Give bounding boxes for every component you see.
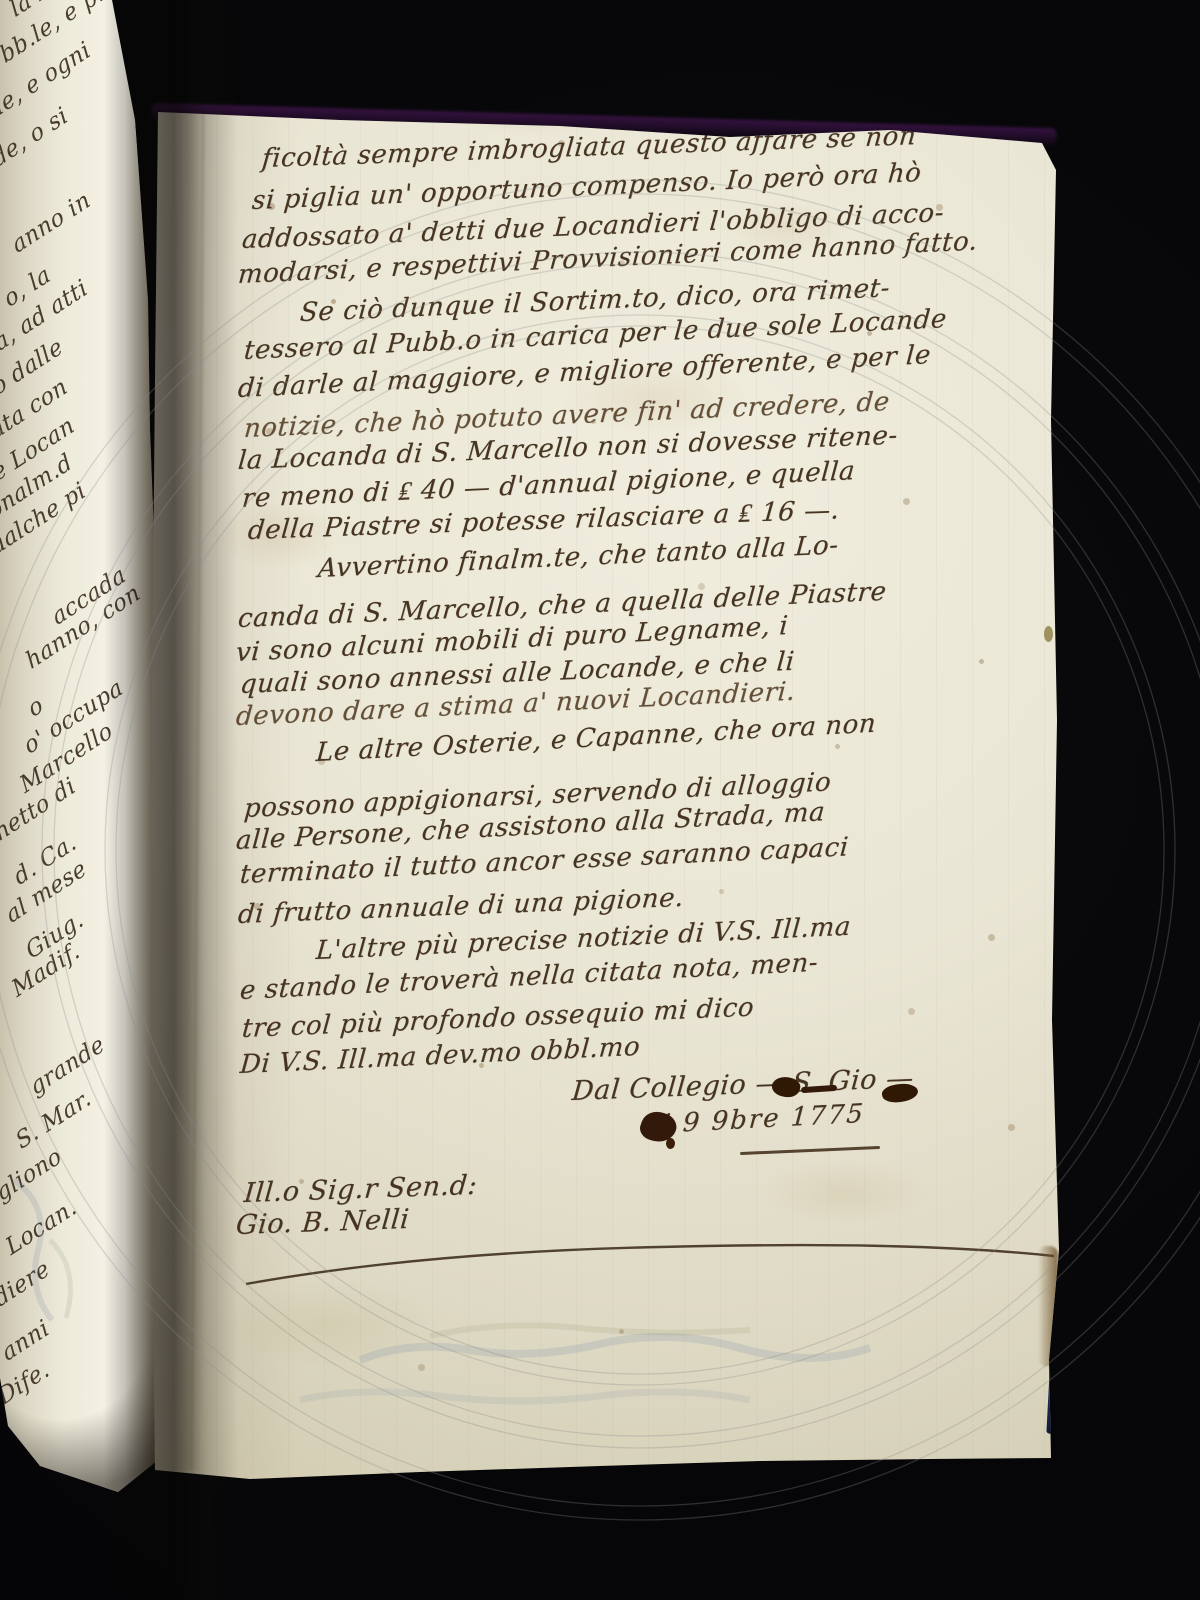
right-page: ficoltà sempre imbrogliata questo affare… <box>0 0 1200 1600</box>
binding-thread <box>1046 1370 1066 1435</box>
edge-spot <box>1044 626 1053 642</box>
deckle-edge-stain <box>1038 1246 1058 1366</box>
manuscript-photo: la P.ra, e bb.le, e p. le, e ogni de, o … <box>0 0 1200 1600</box>
ghost-showthrough <box>0 0 1200 1600</box>
